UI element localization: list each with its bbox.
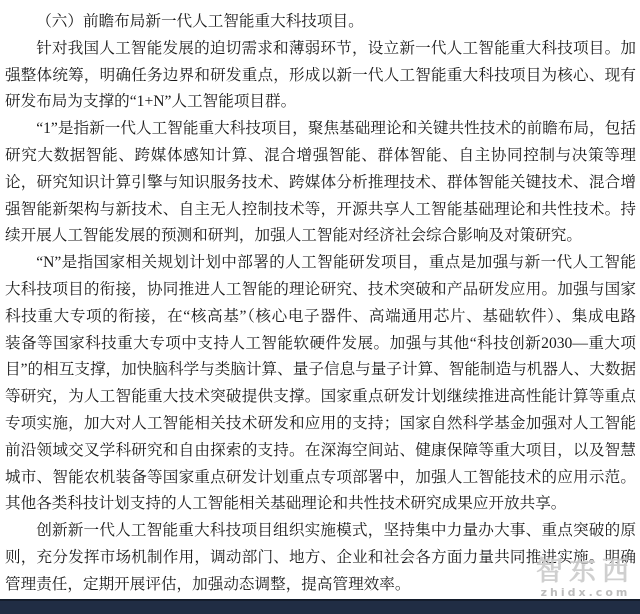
text-line: “1”是指新一代人工智能重大科技项目，聚焦基础理论和关键共性技术的前瞻布局，包括 [5,116,636,143]
text-line: 装备等国家科技重大专项中支持人工智能软硬件发展。加强与其他“科技创新2030—重… [5,331,636,358]
text-line: 科技重大专项的衔接，在“核高基”（核心电子器件、高端通用芯片、基础软件）、集成电… [5,304,636,331]
paragraph: 创新新一代人工智能重大科技项目组织实施模式，坚持集中力量办大事、重点突破的原则，… [5,518,636,598]
paragraph: “1”是指新一代人工智能重大科技项目，聚焦基础理论和关键共性技术的前瞻布局，包括… [5,116,636,250]
text-line: 研发布局为支撑的“1+N”人工智能项目群。 [5,89,636,116]
document-page: （六）前瞻布局新一代人工智能重大科技项目。针对我国人工智能发展的迫切需求和薄弱环… [0,0,640,614]
text-line: 续开展人工智能发展的预测和研判，加强人工智能对经济社会综合影响及对策研究。 [5,223,636,250]
text-line: 专项实施，加大对人工智能相关技术研发和应用的支持；国家自然科学基金加强对人工智能 [5,411,636,438]
text-line: 目”的相互支撑，加快脑科学与类脑计算、量子信息与量子计算、智能制造与机器人、大数… [5,357,636,384]
footer-bar [0,599,640,614]
text-line: 其他各类科技计划支持的人工智能相关基础理论和共性技术研究成果应开放共享。 [5,491,636,518]
paragraph: 针对我国人工智能发展的迫切需求和薄弱环节，设立新一代人工智能重大科技项目。加强整… [5,36,636,116]
text-line: 等研究，为人工智能重大技术突破提供支撑。国家重点研发计划继续推进高性能计算等重点 [5,384,636,411]
text-line: （六）前瞻布局新一代人工智能重大科技项目。 [5,9,636,36]
text-line: 城市、智能农机装备等国家重点研发计划重点专项部署中，加强人工智能技术的应用示范。 [5,465,636,492]
paragraph: “N”是指国家相关规划计划中部署的人工智能研发项目，重点是加强与新一代人工智能重… [5,250,636,518]
text-line: 大科技项目的衔接，协同推进人工智能的理论研究、技术突破和产品研发应用。加强与国家 [5,277,636,304]
section-heading: （六）前瞻布局新一代人工智能重大科技项目。 [5,9,636,36]
text-line: 针对我国人工智能发展的迫切需求和薄弱环节，设立新一代人工智能重大科技项目。加 [5,36,636,63]
text-line: 论，研究知识计算引擎与知识服务技术、跨媒体分析推理技术、群体智能关键技术、混合增 [5,170,636,197]
text-line: 强整体统筹，明确任务边界和研发重点，形成以新一代人工智能重大科技项目为核心、现有 [5,63,636,90]
text-line: 创新新一代人工智能重大科技项目组织实施模式，坚持集中力量办大事、重点突破的原 [5,518,636,545]
text-line: 强智能新架构与新技术、自主无人控制技术等，开源共享人工智能基础理论和共性技术。持 [5,197,636,224]
text-line: “N”是指国家相关规划计划中部署的人工智能研发项目，重点是加强与新一代人工智能重 [5,250,636,277]
text-line: 管理责任，定期开展评估，加强动态调整，提高管理效率。 [5,572,636,599]
text-line: 则，充分发挥市场机制作用，调动部门、地方、企业和社会各方面力量共同推进实施。明确 [5,545,636,572]
text-line: 前沿领域交叉学科研究和自由探索的支持。在深海空间站、健康保障等重大项目，以及智慧 [5,438,636,465]
text-line: 研究大数据智能、跨媒体感知计算、混合增强智能、群体智能、自主协同控制与决策等理 [5,143,636,170]
document-body: （六）前瞻布局新一代人工智能重大科技项目。针对我国人工智能发展的迫切需求和薄弱环… [5,9,636,599]
